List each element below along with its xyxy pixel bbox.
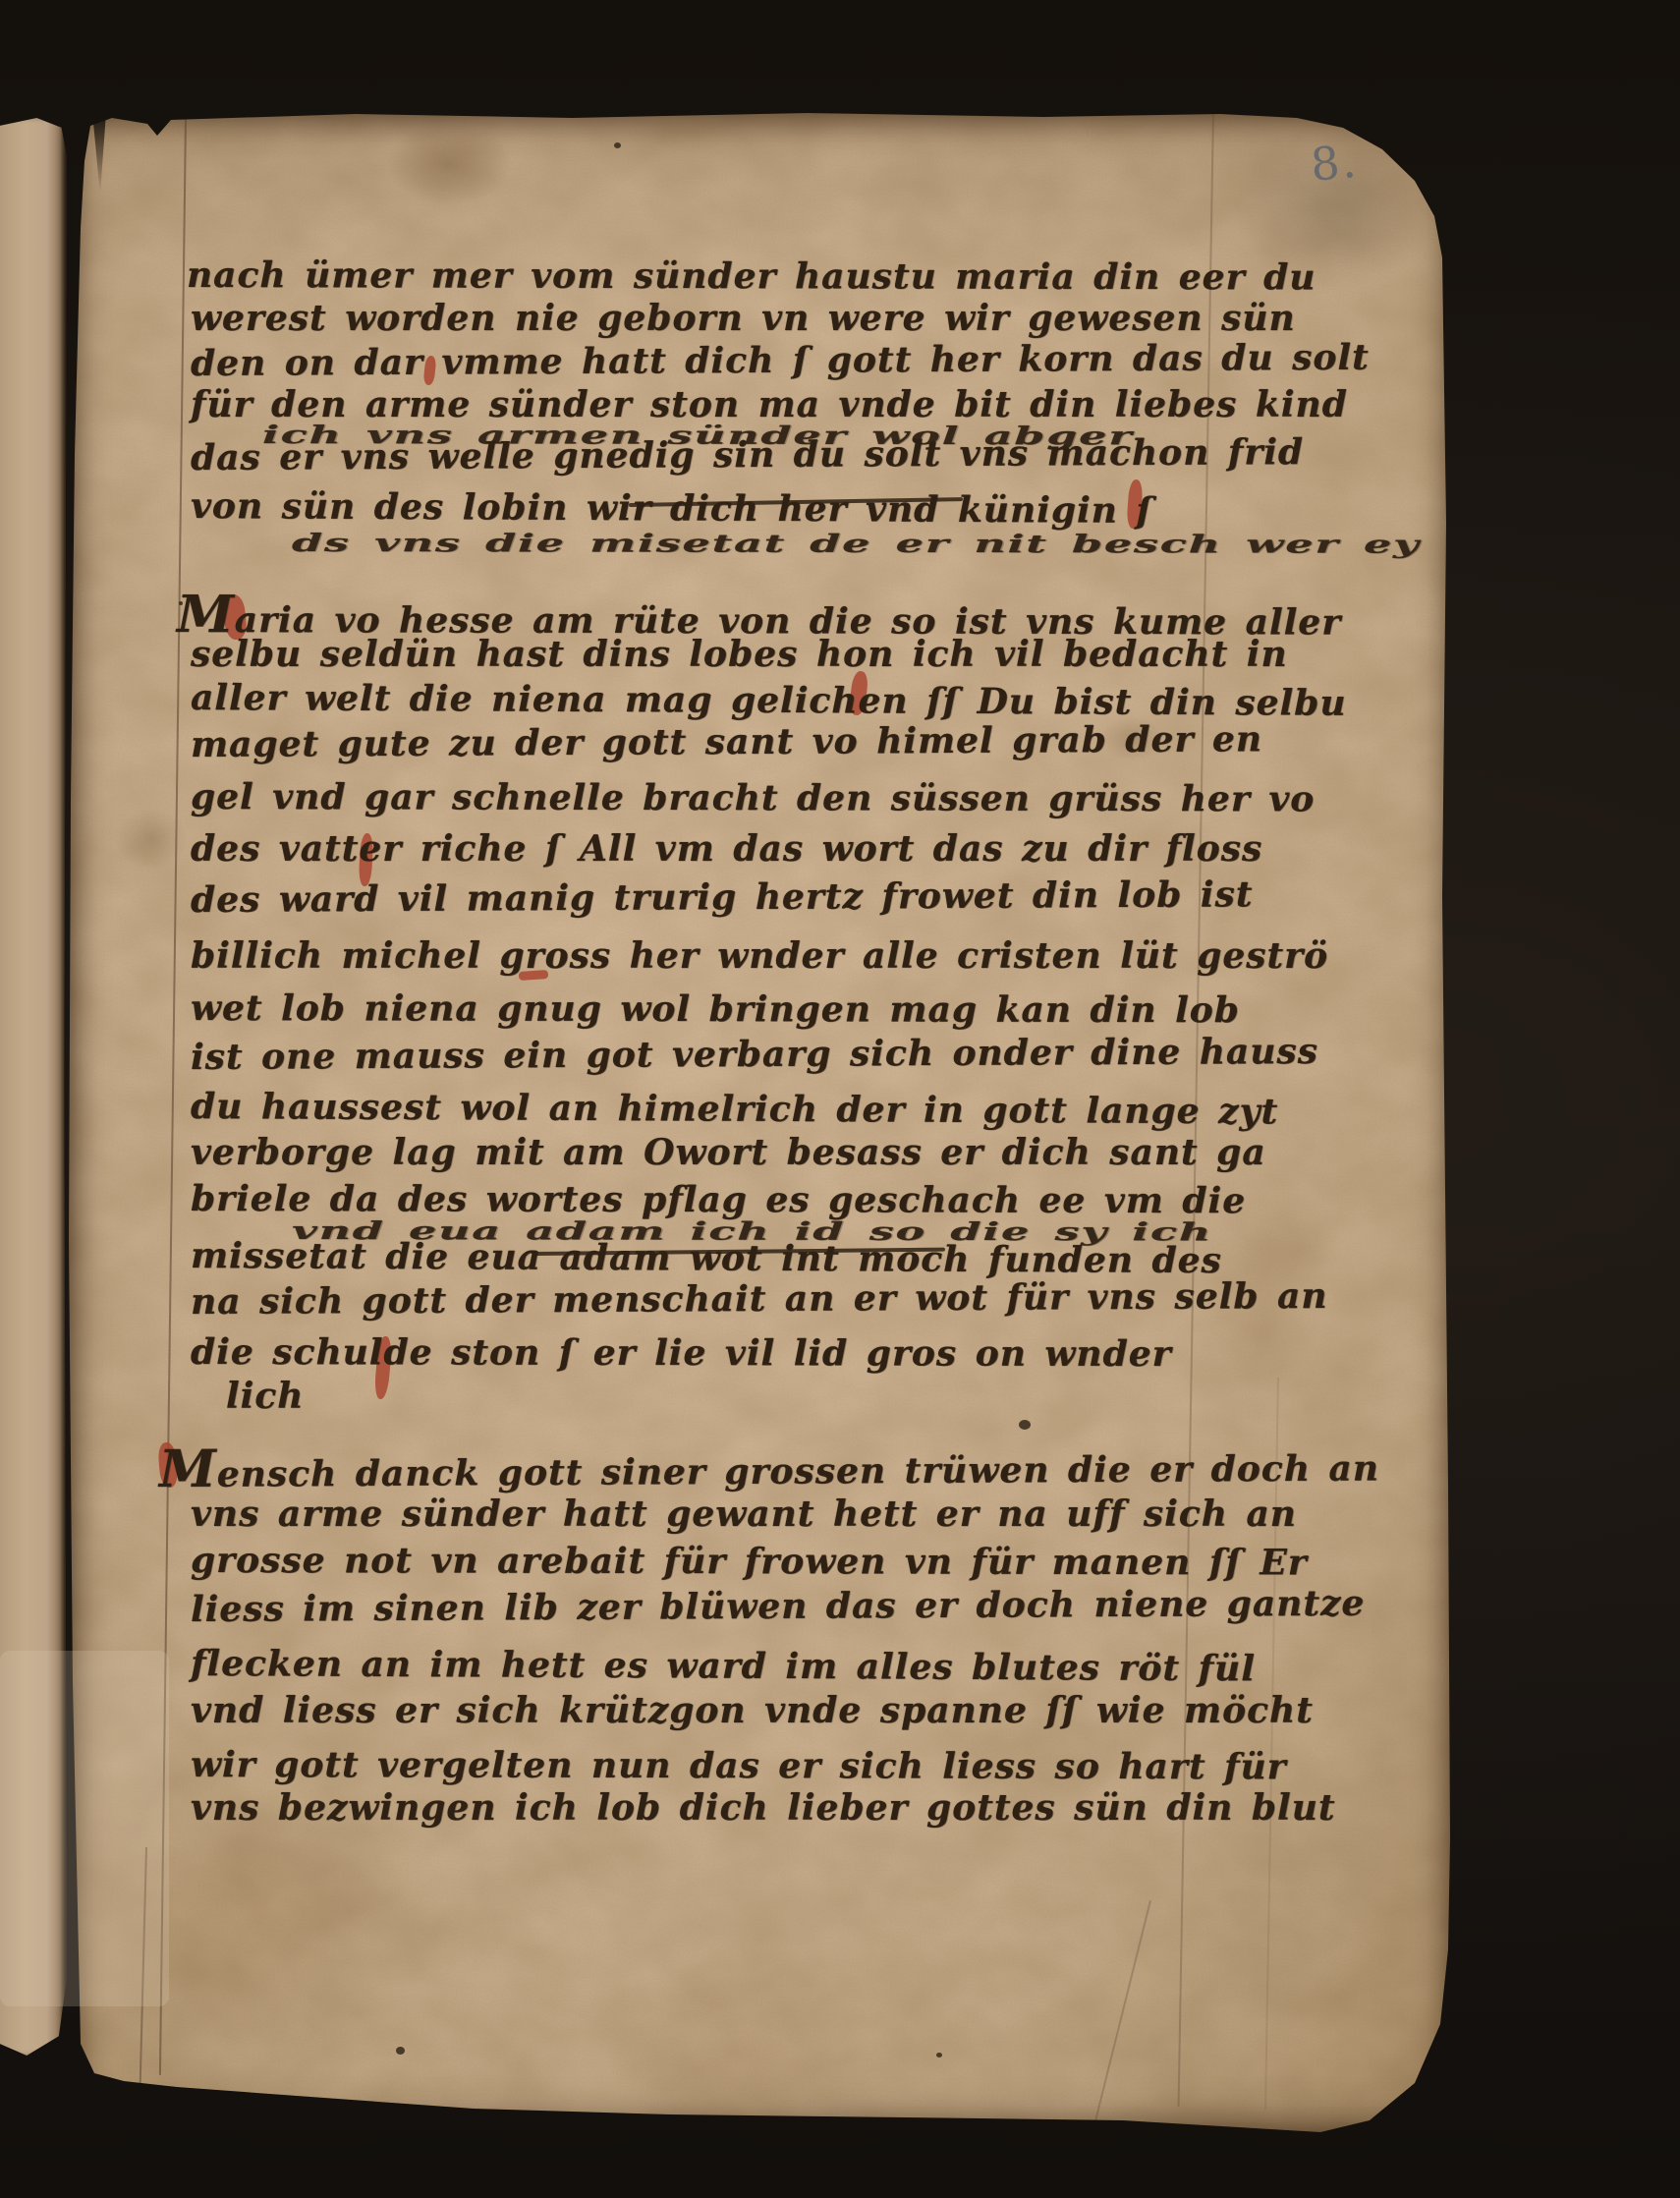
text-line: von sün des lobin wir dich her vnd künig… [191, 488, 1152, 529]
text-line: gel vnd gar schnelle bracht den süssen g… [191, 779, 1315, 817]
text-line: nach ümer mer vom sünder haustu maria di… [187, 257, 1316, 295]
text-line: des vatter riche ſ All vm das wort das z… [191, 831, 1262, 867]
text-line: selbu seldün hast dins lobes hon ich vil… [191, 637, 1288, 672]
text-line: na sich gott der menschait an er wot für… [191, 1278, 1328, 1320]
interlinear-addition: ds vns die misetat de er nit besch wer e… [292, 531, 1421, 557]
text-line: briele da des wortes pflag es geschach e… [191, 1181, 1246, 1218]
text-line: maget gute zu der gott sant vo himel gra… [191, 721, 1262, 762]
text-line: liess im sinen lib zer blüwen das er doc… [191, 1586, 1366, 1627]
text-line: des ward vil manig trurig hertz frowet d… [191, 876, 1254, 918]
text-line: du haussest wol an himelrich der in gott… [191, 1089, 1278, 1129]
text-line: für den arme sünder ston ma vnde bit din… [191, 387, 1348, 423]
text-line: verborge lag mit am Owort besass er dich… [191, 1135, 1266, 1170]
text-line: ist one mauss ein got verbarg sich onder… [191, 1034, 1318, 1075]
manuscript-page: 8. nach ümer mer vom sünder haustu maria… [61, 110, 1460, 2139]
gutter-repair-patch [0, 1651, 169, 2006]
text-line: lich [226, 1379, 304, 1414]
text-line: wir gott vergelten nun das er sich liess… [191, 1747, 1287, 1784]
text-block: nach ümer mer vom sünder haustu maria di… [61, 110, 1460, 2139]
text-line: grosse not vn arebait für frowen vn für … [191, 1543, 1308, 1580]
text-line: vns bezwingen ich lob dich lieber gottes… [191, 1790, 1336, 1826]
text-line: vnd liess er sich krützgon vnde spanne ſ… [191, 1693, 1314, 1728]
photo-backdrop: 8. nach ümer mer vom sünder haustu maria… [0, 0, 1680, 2198]
text-line: wet lob niena gnug wol bringen mag kan d… [191, 990, 1240, 1028]
text-line: den on dar vmme hatt dich ſ gott her kor… [191, 340, 1370, 381]
text-line: billich michel gross her wnder alle cris… [191, 938, 1328, 974]
text-line: das er vns welle gnedig sin du solt vns … [191, 434, 1304, 476]
text-line: missetat die eua adam wot int moch funde… [191, 1238, 1222, 1278]
text-line: Mensch danck gott siner grossen trüwen d… [159, 1437, 1379, 1495]
text-line: flecken an im hett es ward im alles blut… [191, 1646, 1256, 1686]
text-line: die schulde ston ſ er lie vil lid gros o… [191, 1334, 1172, 1372]
text-line: werest worden nie geborn vn were wir gew… [191, 301, 1296, 336]
text-line: vns arme sünder hatt gewant hett er na u… [191, 1496, 1297, 1532]
text-line: aller welt die niena mag gelichen ſſ Du … [191, 680, 1347, 721]
